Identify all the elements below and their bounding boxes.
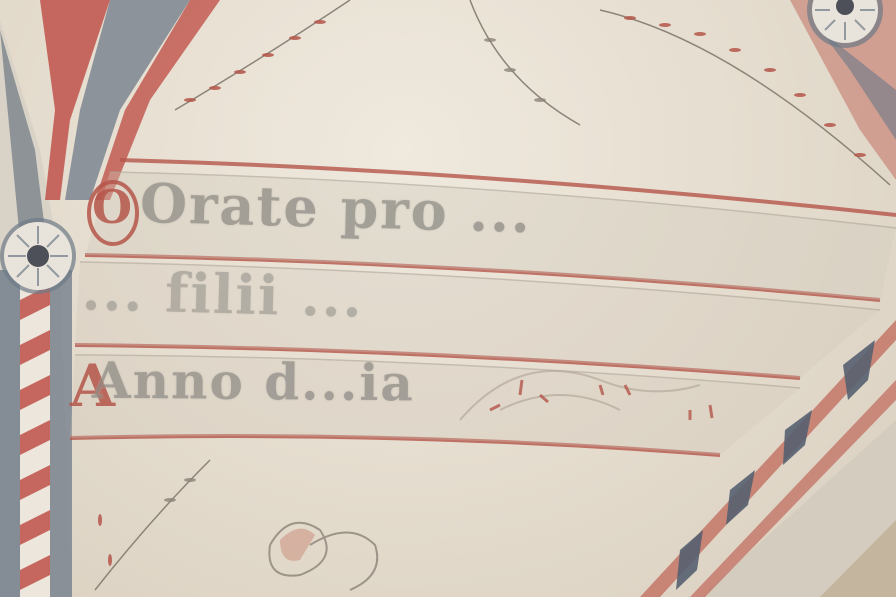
inscription-line-1: Orate pro ... — [139, 171, 533, 245]
inscription-line-2: ... filii ... — [81, 258, 364, 329]
inscription-line-3: Anno d...ia — [92, 351, 415, 413]
fresco-photo: O Orate pro ... ... filii ... A Anno d..… — [0, 0, 896, 597]
inscription-initial-o: O — [92, 180, 132, 234]
